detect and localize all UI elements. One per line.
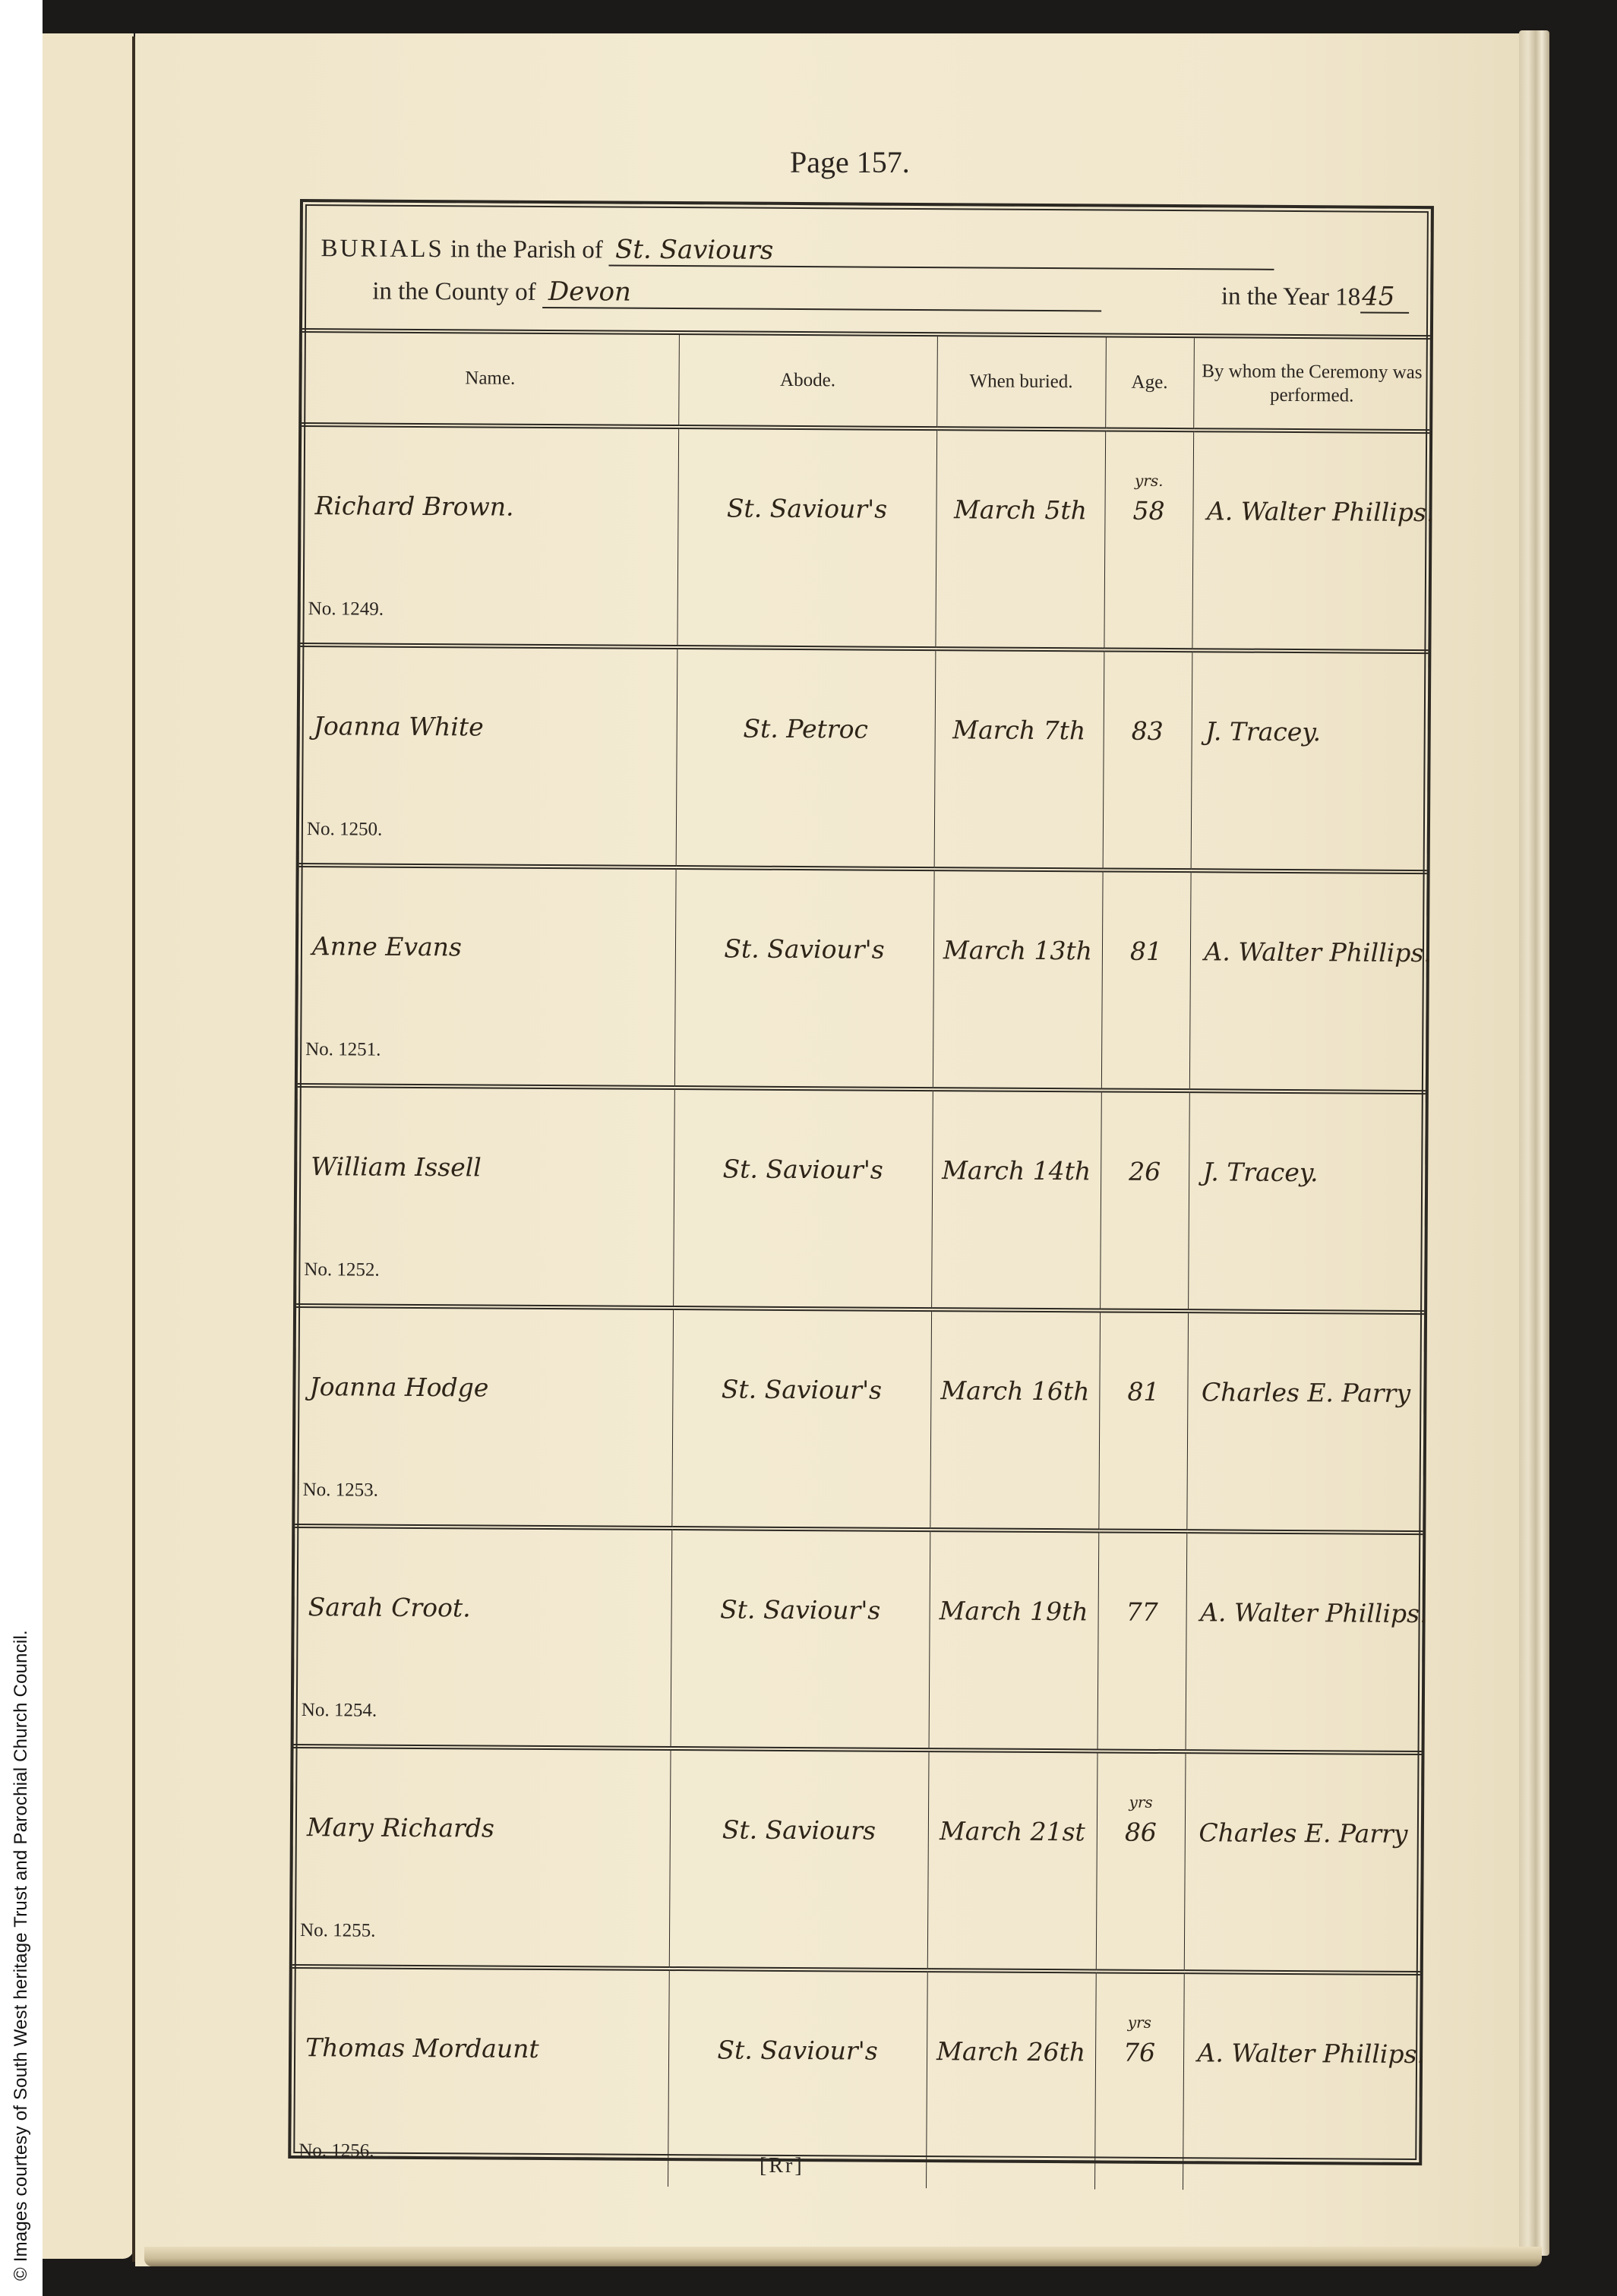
abode-value: St. Saviour's	[684, 493, 930, 524]
officiant: A. Walter Phillips.	[1200, 1597, 1416, 1628]
entry-number: No. 1250.	[307, 819, 382, 841]
year-field-group: in the Year 1845	[1221, 280, 1410, 314]
when-buried-cell: March 7th	[934, 649, 1104, 870]
by-whom-cell: A. Walter Phillips.	[1192, 430, 1429, 652]
column-header-abode: Abode.	[678, 335, 937, 428]
age-cell: yrs86	[1096, 1751, 1186, 1972]
abode-value: St. Petroc	[683, 713, 928, 744]
page-stack-edge	[1519, 30, 1549, 2256]
age-cell: 81	[1098, 1310, 1188, 1531]
deceased-name: Joanna Hodge	[309, 1372, 666, 1404]
county-value: Devon	[548, 276, 631, 308]
age-unit: yrs	[1097, 1792, 1185, 1811]
age-unit: yrs.	[1105, 471, 1192, 490]
age-cell: 81	[1101, 870, 1191, 1091]
county-prefix: in the County of	[372, 278, 536, 306]
burial-date: March 14th	[939, 1155, 1094, 1186]
burial-date: March 5th	[943, 494, 1098, 525]
age-cell: 83	[1103, 649, 1192, 870]
abode-cell: St. Saviour's	[673, 1088, 933, 1309]
when-buried-cell: March 19th	[929, 1530, 1099, 1751]
name-cell: Richard Brown.No. 1249.	[300, 425, 678, 647]
age-value: 77	[1104, 1597, 1180, 1628]
age-unit	[1100, 1352, 1187, 1353]
table-row: Mary RichardsNo. 1255. St. Saviours Marc…	[292, 1746, 1422, 1973]
name-cell: Mary RichardsNo. 1255.	[292, 1746, 671, 1969]
name-cell: Sarah Croot.No. 1254.	[294, 1526, 672, 1748]
parish-line: BURIALS in the Parish of St. Saviours	[321, 232, 1430, 282]
age-value: 26	[1107, 1157, 1183, 1187]
abode-cell: St. Saviours	[669, 1748, 929, 1970]
burial-date: March 16th	[937, 1375, 1093, 1406]
officiant: A. Walter Phillips.	[1207, 496, 1423, 527]
age-value: 86	[1103, 1817, 1178, 1847]
parish-value: St. Saviours	[615, 235, 774, 266]
burial-date: March 13th	[940, 935, 1095, 965]
table-row: Anne EvansNo. 1251. St. Saviour's March …	[298, 865, 1427, 1092]
abode-value: St. Saviours	[676, 1814, 921, 1846]
column-header-name: Name.	[302, 333, 679, 427]
age-unit	[1104, 691, 1192, 692]
deceased-name: Sarah Croot.	[308, 1592, 665, 1624]
image-credit: © Images courtesy of South West heritage…	[11, 1630, 32, 2281]
when-buried-cell: March 26th	[926, 1970, 1096, 2189]
age-value: 76	[1101, 2037, 1176, 2067]
by-whom-cell: A. Walter Phillips.	[1186, 1531, 1423, 1753]
entry-number: No. 1251.	[305, 1039, 381, 1061]
officiant: Charles E. Parry	[1202, 1377, 1418, 1408]
by-whom-cell: Charles E. Parry	[1184, 1751, 1422, 1973]
by-whom-cell: J. Tracey.	[1191, 650, 1429, 872]
age-unit	[1103, 911, 1190, 912]
page-bottom-edge	[144, 2247, 1542, 2266]
abode-value: St. Saviour's	[675, 2035, 921, 2066]
deceased-name: Joanna White	[314, 711, 671, 743]
register-heading: BURIALS in the Parish of St. Saviours in…	[302, 202, 1431, 340]
left-page-edge	[43, 33, 134, 2259]
column-header-age: Age.	[1105, 337, 1194, 430]
age-cell: yrs76	[1094, 1971, 1184, 2190]
name-cell: William IssellNo. 1252.	[296, 1085, 674, 1308]
deceased-name: Richard Brown.	[314, 491, 671, 523]
abode-value: St. Saviour's	[677, 1594, 923, 1625]
age-unit	[1101, 1132, 1189, 1132]
age-unit: yrs	[1096, 2013, 1183, 2032]
table-row: Richard Brown.No. 1249. St. Saviour's Ma…	[300, 425, 1429, 652]
county-field: Devon	[542, 276, 1101, 311]
age-value: 81	[1106, 1377, 1181, 1407]
name-cell: Anne EvansNo. 1251.	[298, 865, 676, 1088]
name-cell: Thomas MordauntNo. 1256.	[291, 1966, 669, 2187]
when-buried-cell: March 21st	[927, 1750, 1097, 1971]
burial-date: March 21st	[934, 1816, 1090, 1846]
deceased-name: Anne Evans	[312, 931, 669, 963]
table-row: William IssellNo. 1252. St. Saviour's Ma…	[296, 1085, 1426, 1312]
column-header-when-buried: When buried.	[936, 336, 1106, 429]
table-row: Joanna WhiteNo. 1250. St. Petroc March 7…	[299, 645, 1429, 872]
entry-number: No. 1249.	[308, 598, 384, 621]
year-prefix: in the Year 18	[1221, 283, 1361, 311]
when-buried-cell: March 14th	[931, 1089, 1101, 1310]
table-row: Joanna HodgeNo. 1253. St. Saviour's Marc…	[295, 1306, 1424, 1533]
officiant: J. Tracey.	[1205, 716, 1422, 747]
table-row: Thomas MordauntNo. 1256. St. Saviour's M…	[291, 1966, 1420, 2191]
by-whom-cell: Charles E. Parry	[1186, 1311, 1424, 1533]
abode-cell: St. Saviour's	[671, 1528, 930, 1750]
table-row: Sarah Croot.No. 1254. St. Saviour's Marc…	[294, 1526, 1423, 1753]
page-number: Page 157.	[790, 144, 910, 180]
burial-date: March 19th	[936, 1596, 1091, 1626]
entry-number: No. 1253.	[303, 1480, 378, 1502]
abode-cell: St. Saviour's	[674, 867, 934, 1089]
age-cell: 26	[1100, 1090, 1189, 1311]
burial-date: March 7th	[941, 715, 1097, 745]
age-value: 58	[1111, 496, 1186, 526]
when-buried-cell: March 5th	[935, 428, 1105, 649]
image-credit-strip: © Images courtesy of South West heritage…	[0, 0, 43, 2296]
by-whom-cell: A. Walter Phillips.	[1189, 870, 1427, 1092]
entry-number: No. 1254.	[302, 1700, 377, 1722]
name-cell: Joanna HodgeNo. 1253.	[295, 1306, 673, 1528]
column-header-by-whom: By whom the Ceremony was performed.	[1193, 338, 1430, 431]
deceased-name: Mary Richards	[307, 1812, 664, 1844]
burial-register-table: BURIALS in the Parish of St. Saviours in…	[288, 199, 1434, 2165]
when-buried-cell: March 16th	[930, 1309, 1100, 1530]
entry-number: No. 1256.	[298, 2140, 374, 2162]
heading-burials: BURIALS	[321, 235, 444, 263]
abode-value: St. Saviour's	[679, 1374, 924, 1405]
by-whom-cell: J. Tracey.	[1188, 1091, 1426, 1312]
officiant: A. Walter Phillips.	[1204, 936, 1420, 968]
year-value: 45	[1362, 282, 1395, 312]
deceased-name: Thomas Mordaunt	[305, 2032, 662, 2064]
entry-number: No. 1252.	[304, 1259, 379, 1281]
entry-number: No. 1255.	[300, 1920, 375, 1942]
abode-value: St. Saviour's	[681, 933, 927, 965]
age-cell: 77	[1097, 1530, 1187, 1751]
parish-prefix: in the Parish of	[450, 235, 603, 264]
abode-value: St. Saviour's	[681, 1154, 926, 1185]
abode-cell: St. Petroc	[676, 647, 936, 869]
year-field: 45	[1360, 282, 1409, 314]
officiant: J. Tracey.	[1203, 1157, 1420, 1188]
column-header-row: Name. Abode. When buried. Age. By whom t…	[302, 333, 1430, 431]
by-whom-cell: A. Walter Phillips.	[1183, 1972, 1420, 2191]
officiant: A. Walter Phillips.	[1197, 2038, 1413, 2069]
entries-table: Name. Abode. When buried. Age. By whom t…	[291, 333, 1430, 2191]
age-unit	[1098, 1572, 1186, 1573]
age-value: 83	[1110, 716, 1185, 747]
county-line: in the County of Devon in the Year 1845	[321, 275, 1430, 324]
name-cell: Joanna WhiteNo. 1250.	[299, 645, 677, 867]
age-value: 81	[1108, 936, 1183, 967]
burial-date: March 26th	[933, 2036, 1088, 2067]
parish-field: St. Saviours	[609, 234, 1274, 270]
officiant: Charles E. Parry	[1199, 1818, 1415, 1849]
abode-cell: St. Saviour's	[677, 427, 936, 649]
signature-mark: [Rr]	[760, 2154, 804, 2178]
abode-cell: St. Saviour's	[671, 1308, 931, 1530]
age-cell: yrs.58	[1104, 429, 1193, 650]
deceased-name: William Issell	[311, 1151, 668, 1183]
when-buried-cell: March 13th	[933, 869, 1103, 1090]
